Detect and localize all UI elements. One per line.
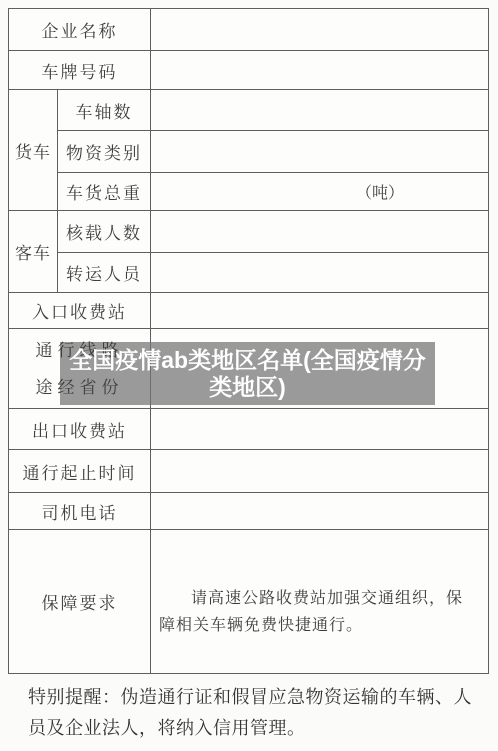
table-row: 司机电话 (9, 493, 489, 530)
epidemic-title-line2: 类地区) (209, 374, 286, 401)
guarantee-requirements-value-cell: 请高速公路收费站加强交通组织，保障相关车辆免费快捷通行。 (151, 530, 489, 674)
table-row: 车货总重 （吨） (9, 173, 489, 211)
table-row: 转运人员 (9, 253, 489, 293)
gross-weight-value-cell: （吨） (151, 173, 489, 211)
table-row: 货车 车轴数 (9, 90, 489, 131)
scanned-permit-form: 企业名称 车牌号码 货车 车轴数 物资类别 车货总重 （吨） 客车 核载人数 (0, 0, 498, 751)
truck-group-label: 货车 (9, 90, 58, 211)
transit-period-value-cell (151, 450, 489, 493)
entry-toll-station-value-cell (151, 293, 489, 329)
transfer-personnel-value-cell (151, 253, 489, 293)
transit-period-label: 通行起止时间 (9, 450, 151, 493)
gross-weight-label: 车货总重 (58, 173, 151, 211)
passenger-capacity-value-cell (151, 211, 489, 253)
special-reminder-note: 特别提醒：伪造通行证和假冒应急物资运输的车辆、人员及企业法人，将纳入信用管理。 (28, 682, 490, 744)
table-row: 物资类别 (9, 131, 489, 173)
weight-unit-text: （吨） (151, 180, 488, 203)
driver-phone-value-cell (151, 493, 489, 530)
entry-toll-station-label: 入口收费站 (9, 293, 151, 329)
epidemic-area-list-title: 全国疫情ab类地区名单(全国疫情分 类地区) (60, 342, 435, 405)
table-row: 通行起止时间 (9, 450, 489, 493)
table-row: 企业名称 (9, 9, 489, 51)
bus-group-label: 客车 (9, 211, 58, 293)
enterprise-name-value-cell (151, 9, 489, 51)
plate-number-value-cell (151, 51, 489, 90)
table-row: 保障要求 请高速公路收费站加强交通组织，保障相关车辆免费快捷通行。 (9, 530, 489, 674)
materials-type-label: 物资类别 (58, 131, 151, 173)
transfer-personnel-label: 转运人员 (58, 253, 151, 293)
table-row: 车牌号码 (9, 51, 489, 90)
exit-toll-station-label: 出口收费站 (9, 409, 151, 450)
axle-count-label: 车轴数 (58, 90, 151, 131)
guarantee-requirements-label: 保障要求 (9, 530, 151, 674)
table-row: 客车 核载人数 (9, 211, 489, 253)
guarantee-requirements-text: 请高速公路收费站加强交通组织，保障相关车辆免费快捷通行。 (151, 565, 488, 639)
epidemic-title-line1: 全国疫情ab类地区名单(全国疫情分 (69, 347, 426, 374)
permit-form-table: 企业名称 车牌号码 货车 车轴数 物资类别 车货总重 （吨） 客车 核载人数 (8, 8, 489, 674)
materials-type-value-cell (151, 131, 489, 173)
enterprise-name-label: 企业名称 (9, 9, 151, 51)
driver-phone-label: 司机电话 (9, 493, 151, 530)
plate-number-label: 车牌号码 (9, 51, 151, 90)
table-row: 入口收费站 (9, 293, 489, 329)
passenger-capacity-label: 核载人数 (58, 211, 151, 253)
axle-count-value-cell (151, 90, 489, 131)
table-row: 出口收费站 (9, 409, 489, 450)
exit-toll-station-value-cell (151, 409, 489, 450)
